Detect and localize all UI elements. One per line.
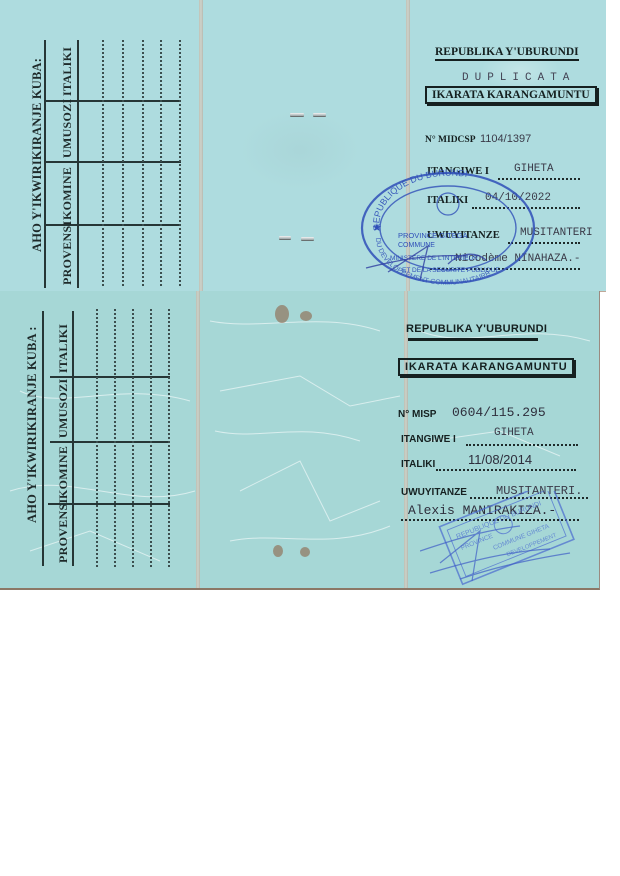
staple: [313, 113, 326, 116]
card-title: IKARATA KARANGAMUNTU: [398, 358, 574, 376]
field-value-uwuyitanze: MUSITANTERI.: [496, 484, 582, 498]
entry-line: [122, 40, 124, 286]
entry-line: [132, 309, 134, 567]
number-value: 1104/1397: [480, 133, 531, 145]
field-label-uwuyitanze: UWUYITANZE: [401, 487, 467, 498]
entry-line: [179, 40, 181, 286]
field-label-italiki: ITALIKI: [401, 459, 435, 470]
field-value-itangiwe: GIHETA: [514, 163, 554, 175]
table-header-border: [72, 311, 74, 566]
top-id-card: AHO Y'IKWIRIKIRANJE KUBA: PROVENSI KOMIN…: [0, 0, 606, 292]
number-value: 0604/115.295: [452, 405, 546, 420]
field-dotted-line: [466, 444, 578, 446]
entry-line: [102, 40, 104, 286]
column-provensi: PROVENSI: [56, 499, 71, 563]
field-label-itangiwe: ITANGIWE I: [401, 434, 456, 445]
entry-line: [96, 309, 98, 567]
field-label-uwuyitanze: UWUYITANZE: [427, 230, 500, 241]
column-divider: [50, 441, 170, 443]
entry-line: [114, 309, 116, 567]
column-umusozi: UMUSOZI: [60, 99, 75, 158]
entry-line: [142, 40, 144, 286]
registry-panel: AHO Y'IKWIRIKIRANJE KUBA: PROVENSI KOMIN…: [0, 0, 199, 291]
registry-title: AHO Y'IKWIRIKIRANJE KUBA:: [30, 58, 45, 252]
bottom-id-card: AHO Y'IKWIRIKIRANJE KUBA : PROVENSI KOMI…: [0, 291, 600, 590]
column-komine: KOMINE: [60, 167, 75, 220]
blank-page: [203, 0, 406, 291]
republic-header: REPUBLIKA Y'UBURUNDI: [406, 323, 547, 335]
duplicate-mark: DUPLICATA: [462, 72, 575, 84]
column-italiki: ITALIKI: [60, 47, 75, 96]
entry-line: [150, 309, 152, 567]
number-label: N° MIDCSP: [425, 135, 476, 145]
table-header-border: [77, 40, 79, 288]
table-left-border: [44, 40, 46, 288]
field-value-italiki: 11/08/2014: [468, 452, 532, 467]
field-dotted-line: [508, 242, 580, 244]
entry-line: [160, 40, 162, 286]
entry-line: [168, 309, 170, 567]
column-provensi: PROVENSI: [60, 221, 75, 285]
signer-dotted-line: [430, 268, 580, 270]
field-value-italiki: 04/10/2022: [485, 192, 551, 204]
blank-page: [200, 291, 404, 588]
front-page: REPUBLIKA Y'UBURUNDI IKARATA KARANGAMUNT…: [398, 291, 599, 588]
republic-header: REPUBLIKA Y'UBURUNDI: [435, 46, 579, 61]
field-dotted-line: [472, 207, 580, 209]
registry-title: AHO Y'IKWIRIKIRANJE KUBA :: [25, 326, 40, 523]
header-underline: [408, 338, 538, 341]
signer-name: Nicodème NINAHAZA.-: [455, 253, 580, 265]
field-dotted-line: [498, 178, 580, 180]
field-value-itangiwe: GIHETA: [494, 427, 534, 439]
signer-name: Alexis MANIRAKIZA.-: [408, 503, 556, 518]
staple: [301, 237, 314, 240]
table-left-border: [42, 311, 44, 566]
field-label-itangiwe: ITANGIWE I: [427, 166, 489, 177]
staple: [279, 236, 291, 239]
field-dotted-line: [436, 469, 576, 471]
signer-dotted-line: [401, 519, 579, 521]
column-italiki: ITALIKI: [56, 324, 71, 373]
card-title: IKARATA KARANGAMUNTU: [425, 86, 597, 104]
registry-panel: AHO Y'IKWIRIKIRANJE KUBA : PROVENSI KOMI…: [0, 291, 196, 588]
front-page: REPUBLIKA Y'UBURUNDI DUPLICATA IKARATA K…: [410, 0, 606, 291]
column-komine: KOMINE: [56, 446, 71, 499]
field-value-uwuyitanze: MUSITANTERI: [520, 227, 593, 239]
field-label-italiki: ITALIKI: [427, 195, 468, 206]
number-label: N° MISP: [398, 409, 436, 420]
column-umusozi: UMUSOZI: [56, 379, 71, 438]
staple: [290, 113, 304, 116]
